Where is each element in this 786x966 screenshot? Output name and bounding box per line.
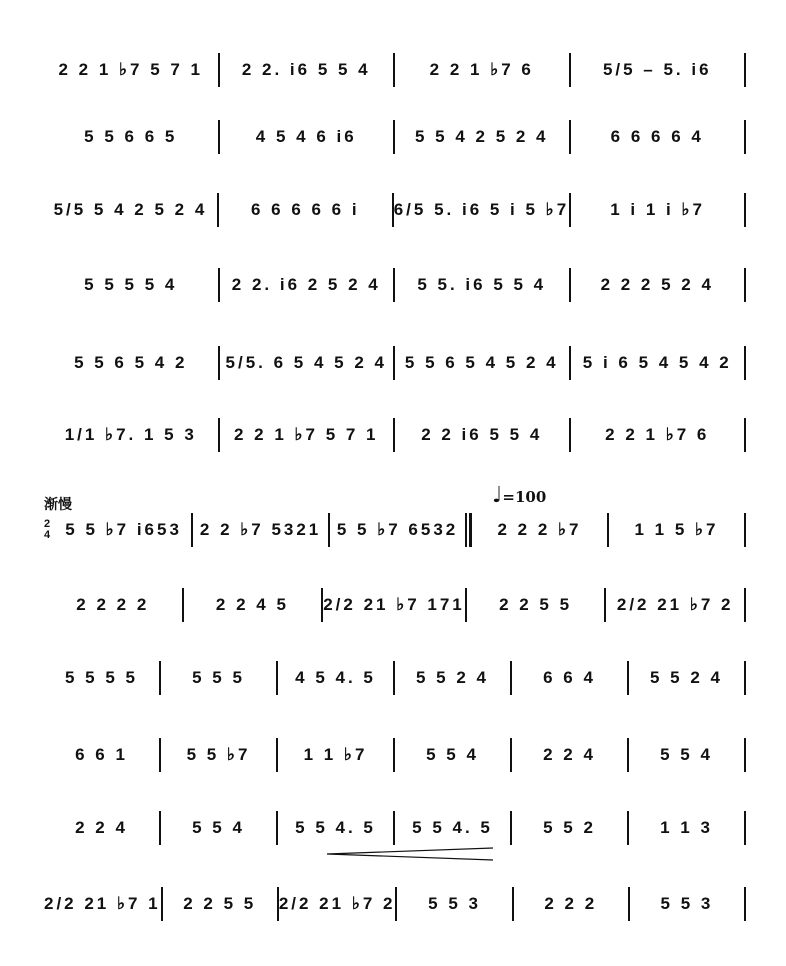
score-row-6: 1/1 ♭7. 1 5 3 2 2 1 ♭7 5 7 1 2 2 i6 5 5 … xyxy=(44,415,746,455)
tempo-value: =100 xyxy=(502,488,546,506)
measure: 1 i 1 i ♭7 xyxy=(571,190,744,230)
measure: 5 5 4 xyxy=(161,808,276,848)
notes: 5 5 ♭7 xyxy=(187,745,251,765)
barline xyxy=(744,811,746,845)
score-row-9: 5 5 5 5 5 5 5 4 5 4. 5 5 5 2 4 6 6 4 5 5… xyxy=(44,658,746,698)
notes: 4 5 4. 5 xyxy=(295,668,376,688)
measure: 2 2 1 ♭7 6 xyxy=(395,50,569,90)
measure: 6 6 6 6 6 i xyxy=(219,190,392,230)
measure: 5/5 – 5. i6 xyxy=(571,50,745,90)
score-row-11: 2 2 4 5 5 4 5 5 4. 5 5 5 4. 5 5 5 2 1 1 … xyxy=(44,808,746,848)
score-row-7: 2 4 5 5 ♭7 i653 2 2 ♭7 5321 5 5 ♭7 6532 … xyxy=(44,510,746,550)
notes: 5 5 4. 5 xyxy=(295,818,376,838)
measure: 5/5 5 4 2 5 2 4 xyxy=(44,190,217,230)
measure: 5 5 2 4 xyxy=(395,658,510,698)
notes: 6/5 5. i6 5 i 5 ♭7 xyxy=(394,200,569,220)
metronome-mark: ♩=100 xyxy=(492,482,546,508)
measure: 5 5 4 2 5 2 4 xyxy=(395,117,569,157)
measure: 5/5. 6 5 4 5 2 4 xyxy=(220,343,394,383)
score-row-4: 5 5 5 5 4 2 2. i6 2 5 2 4 5 5. i6 5 5 4 … xyxy=(44,265,746,305)
notes: 5 5 ♭7 i653 xyxy=(65,520,182,540)
notes: 5 5. i6 5 5 4 xyxy=(417,275,546,295)
notes: 2 2 2 5 2 4 xyxy=(601,275,714,295)
time-signature-bottom: 4 xyxy=(44,530,50,541)
notes: 2 2 1 ♭7 5 7 1 xyxy=(58,60,203,80)
measure: 2 2 4 xyxy=(512,735,627,775)
measure: 5 5 4. 5 xyxy=(395,808,510,848)
measure: 2/2 21 ♭7 2 xyxy=(279,884,396,924)
barline xyxy=(744,268,746,302)
measure: 5 5 6 6 5 xyxy=(44,117,218,157)
notes: 5 5 4 xyxy=(426,745,479,765)
barline xyxy=(744,418,746,452)
notes: 5 5 2 4 xyxy=(650,668,723,688)
notes: 5 5 2 xyxy=(543,818,596,838)
notes: 5 5 2 4 xyxy=(416,668,489,688)
measure: 2 2 1 ♭7 5 7 1 xyxy=(220,415,394,455)
notes: 5 i 6 5 4 5 4 2 xyxy=(583,353,732,373)
barline xyxy=(744,193,746,227)
notes: 5 5 4 xyxy=(660,745,713,765)
barline xyxy=(744,53,746,87)
measure: 5 5 3 xyxy=(397,884,511,924)
barline xyxy=(744,346,746,380)
measure: 2 2 2 5 2 4 xyxy=(571,265,745,305)
score-row-10: 6 6 1 5 5 ♭7 1 1 ♭7 5 5 4 2 2 4 5 5 4 xyxy=(44,735,746,775)
measure: 4 5 4. 5 xyxy=(278,658,393,698)
measure: 2 2 5 5 xyxy=(163,884,277,924)
measure: 2 2 i6 5 5 4 xyxy=(395,415,569,455)
measure: 5 5 5 5 xyxy=(44,658,159,698)
notes: 2 2 4 xyxy=(75,818,128,838)
notes: 2/2 21 ♭7 2 xyxy=(279,894,396,914)
notes: 5 5 3 xyxy=(661,894,714,914)
notes: 2 2 4 5 xyxy=(216,595,289,615)
barline xyxy=(744,887,746,921)
barline xyxy=(744,738,746,772)
notes: 5/5 – 5. i6 xyxy=(603,60,712,80)
measure: 2 2 4 xyxy=(44,808,159,848)
measure: 2 2. i6 2 5 2 4 xyxy=(220,265,394,305)
barline xyxy=(744,513,746,547)
measure: 2 2 1 ♭7 5 7 1 xyxy=(44,50,218,90)
measure: 5 5 2 xyxy=(512,808,627,848)
notes: 2 2 2 2 xyxy=(76,595,149,615)
notes: 2 2 1 ♭7 6 xyxy=(430,60,534,80)
measure: 1 1 5 ♭7 xyxy=(609,510,744,550)
notes: 6 6 6 6 4 xyxy=(611,127,704,147)
notes: 2 2 1 ♭7 5 7 1 xyxy=(234,425,379,445)
notes: 5 5 4. 5 xyxy=(412,818,493,838)
notes: 1 1 3 xyxy=(660,818,713,838)
measure: 2 2 2 2 xyxy=(44,585,182,625)
measure: 5 5 ♭7 i653 xyxy=(56,510,191,550)
notes: 2/2 21 ♭7 2 xyxy=(617,595,734,615)
notes: 2/2 21 ♭7 1 xyxy=(44,894,161,914)
measure: 2 2 4 5 xyxy=(184,585,322,625)
measure: 5 5. i6 5 5 4 xyxy=(395,265,569,305)
decrescendo-hairpin xyxy=(325,847,495,861)
score-row-1: 2 2 1 ♭7 5 7 1 2 2. i6 5 5 4 2 2 1 ♭7 6 … xyxy=(44,50,746,90)
measure: 5 5 4 xyxy=(629,735,744,775)
measure: 2/2 21 ♭7 2 xyxy=(606,585,744,625)
measure: 2 2 1 ♭7 6 xyxy=(571,415,745,455)
measure: 5 5 5 xyxy=(161,658,276,698)
notes: 1 i 1 i ♭7 xyxy=(610,200,705,220)
measure: 5 5 4. 5 xyxy=(278,808,393,848)
score-row-12: 2/2 21 ♭7 1 2 2 5 5 2/2 21 ♭7 2 5 5 3 2 … xyxy=(44,884,746,924)
measure: 5 5 2 4 xyxy=(629,658,744,698)
notes: 5 5 5 xyxy=(192,668,245,688)
score-row-5: 5 5 6 5 4 2 5/5. 6 5 4 5 2 4 5 5 6 5 4 5… xyxy=(44,343,746,383)
quarter-note-icon: ♩ xyxy=(492,482,502,508)
measure: 4 5 4 6 i6 xyxy=(220,117,394,157)
notes: 2 2 5 5 xyxy=(499,595,572,615)
notes: 5 5 6 6 5 xyxy=(84,127,177,147)
notes: 1 1 ♭7 xyxy=(304,745,368,765)
notes: 5 5 6 5 4 2 xyxy=(74,353,187,373)
notes: 2 2 5 5 xyxy=(183,894,256,914)
notes: 1 1 5 ♭7 xyxy=(634,520,718,540)
measure: 1 1 ♭7 xyxy=(278,735,393,775)
score-row-3: 5/5 5 4 2 5 2 4 6 6 6 6 6 i 6/5 5. i6 5 … xyxy=(44,190,746,230)
measure: 2 2 2 ♭7 xyxy=(472,510,607,550)
measure: 6 6 4 xyxy=(512,658,627,698)
score-row-2: 5 5 6 6 5 4 5 4 6 i6 5 5 4 2 5 2 4 6 6 6… xyxy=(44,117,746,157)
measure: 5 5 4 xyxy=(395,735,510,775)
notes: 5 5 3 xyxy=(428,894,481,914)
measure: 5 5 6 5 4 5 2 4 xyxy=(395,343,569,383)
measure: 5 5 6 5 4 2 xyxy=(44,343,218,383)
measure: 1 1 3 xyxy=(629,808,744,848)
notes: 5 5 ♭7 6532 xyxy=(337,520,458,540)
notes: 6 6 4 xyxy=(543,668,596,688)
notes: 6 6 6 6 6 i xyxy=(251,200,360,220)
measure: 2/2 21 ♭7 1 xyxy=(44,884,161,924)
notes: 2/2 21 ♭7 171 xyxy=(323,595,465,615)
notes: 5 5 5 5 4 xyxy=(84,275,177,295)
double-barline xyxy=(465,513,472,547)
notes: 2 2. i6 5 5 4 xyxy=(242,60,371,80)
notes: 2 2 ♭7 5321 xyxy=(200,520,321,540)
notes: 6 6 1 xyxy=(75,745,128,765)
measure: 2/2 21 ♭7 171 xyxy=(323,585,465,625)
measure: 5 5 ♭7 6532 xyxy=(330,510,465,550)
barline xyxy=(744,661,746,695)
notes: 5/5 5 4 2 5 2 4 xyxy=(54,200,208,220)
measure: 1/1 ♭7. 1 5 3 xyxy=(44,415,218,455)
notes: 1/1 ♭7. 1 5 3 xyxy=(65,425,197,445)
measure: 6/5 5. i6 5 i 5 ♭7 xyxy=(394,190,569,230)
measure: 2 2 5 5 xyxy=(467,585,605,625)
barline xyxy=(744,588,746,622)
score-row-8: 2 2 2 2 2 2 4 5 2/2 21 ♭7 171 2 2 5 5 2/… xyxy=(44,585,746,625)
notes: 4 5 4 6 i6 xyxy=(256,127,357,147)
measure: 2 2 2 xyxy=(514,884,628,924)
notes: 2 2 2 xyxy=(544,894,597,914)
measure: 5 i 6 5 4 5 4 2 xyxy=(571,343,745,383)
measure: 2 2. i6 5 5 4 xyxy=(220,50,394,90)
notes: 5 5 4 xyxy=(192,818,245,838)
notes: 2 2 2 ♭7 xyxy=(498,520,582,540)
measure: 2 2 ♭7 5321 xyxy=(193,510,328,550)
barline xyxy=(744,120,746,154)
notes: 2 2 i6 5 5 4 xyxy=(421,425,542,445)
notes: 2 2 4 xyxy=(543,745,596,765)
measure: 5 5 5 5 4 xyxy=(44,265,218,305)
notes: 5 5 4 2 5 2 4 xyxy=(415,127,549,147)
notes: 2 2. i6 2 5 2 4 xyxy=(232,275,381,295)
measure: 5 5 ♭7 xyxy=(161,735,276,775)
jianpu-score: 渐慢 ♩=100 2 2 1 ♭7 5 7 1 2 2. i6 5 5 4 2 … xyxy=(0,0,786,966)
measure: 6 6 1 xyxy=(44,735,159,775)
measure: 5 5 3 xyxy=(630,884,744,924)
notes: 5/5. 6 5 4 5 2 4 xyxy=(226,353,387,373)
time-signature: 2 4 xyxy=(44,519,50,541)
measure: 6 6 6 6 4 xyxy=(571,117,745,157)
notes: 5 5 5 5 xyxy=(65,668,138,688)
notes: 2 2 1 ♭7 6 xyxy=(605,425,709,445)
notes: 5 5 6 5 4 5 2 4 xyxy=(405,353,559,373)
